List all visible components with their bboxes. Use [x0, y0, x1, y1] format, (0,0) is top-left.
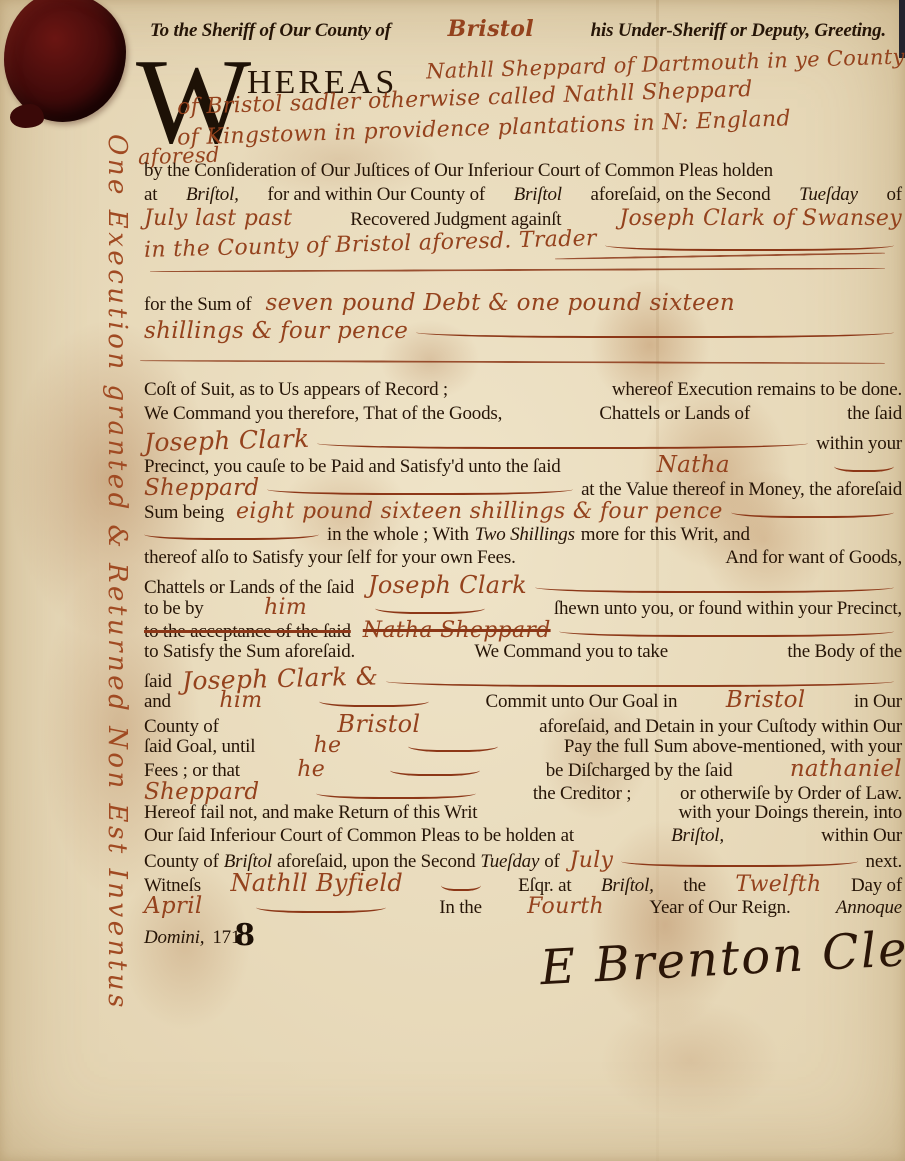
ink-dash: [390, 762, 480, 776]
print-italic-bristol: Briſtol,: [186, 184, 239, 206]
ink-line: [731, 504, 894, 518]
ink-dash: [316, 785, 476, 799]
return-court-line: Our ſaid Inferiour Court of Common Pleas…: [144, 825, 902, 847]
print-italic-two-shillings: Two Shillings: [475, 524, 575, 546]
wax-seal: [4, 0, 126, 122]
shewn-line: to be by him ſhewn unto you, or found wi…: [144, 595, 902, 620]
ink-line: [386, 673, 894, 687]
handwritten-he: he: [314, 733, 342, 758]
in-the-whole-line: in the whole ; With Two Shillings more f…: [144, 524, 902, 546]
print-segment: for the Sum of: [144, 294, 252, 316]
print-segment: We Command you therefore, That of the Go…: [144, 403, 502, 425]
handwritten-total-sum: eight pound sixteen shillings & four pen…: [236, 499, 723, 524]
print-segment: Sum being: [144, 502, 224, 524]
ink-line: [267, 481, 573, 495]
sum-line1: for the Sum of seven pound Debt & one po…: [144, 290, 902, 316]
defendant-goods-line: Joseph Clark within your: [144, 426, 902, 455]
ink-dash: [408, 738, 498, 752]
writ-document-page: One Execution granted & Returned Non Est…: [0, 0, 905, 1161]
print-segment: at: [144, 184, 157, 206]
handwritten-defendant: Joseph Clark of Swansey: [619, 206, 902, 231]
print-segment: at the Value thereof in Money, the afore…: [581, 479, 902, 501]
handwritten-plaintiff-line1: Nathll Sheppard of Dartmouth in ye Count…: [426, 44, 905, 83]
value-line: Sheppard at the Value thereof in Money, …: [144, 475, 902, 501]
handwritten-sum2: shillings & four pence: [144, 318, 408, 344]
ink-dash: [834, 458, 894, 472]
ink-line: [559, 623, 894, 637]
print-segment: within Our: [821, 825, 902, 847]
print-segment: the Body of the: [787, 641, 902, 663]
print-segment: Pay the full Sum above-mentioned, with y…: [564, 736, 902, 758]
handwritten-defendant-county: in the County of Bristol aforesd. Trader: [144, 226, 597, 263]
command-line: We Command you therefore, That of the Go…: [144, 403, 902, 425]
print-segment: to Satisfy the Sum aforeſaid.: [144, 641, 355, 663]
ink-rule: [140, 360, 885, 365]
sum-being-line: Sum being eight pound sixteen shillings …: [144, 499, 902, 524]
goal-until-line: ſaid Goal, until he Pay the full Sum abo…: [144, 733, 902, 758]
print-segment: thereof alſo to Satisfy your ſelf for yo…: [144, 547, 516, 569]
struck-acceptance-line: to the acceptance of the ſaid Natha Shep…: [144, 618, 902, 643]
print-segment-struck: to the acceptance of the ſaid: [144, 621, 351, 643]
print-italic-bristol: Briſtol: [514, 184, 562, 206]
margin-annotation: One Execution granted & Returned Non Est…: [102, 134, 132, 1011]
take-body-line: to Satisfy the Sum aforeſaid. We Command…: [144, 641, 902, 663]
print-segment: Coſt of Suit, as to Us appears of Record…: [144, 379, 448, 401]
print-segment: Chattels or Lands of: [599, 403, 750, 425]
consideration-line1: by the Conſideration of Our Juſtices of …: [144, 160, 902, 182]
own-fees-line: thereof alſo to Satisfy your ſelf for yo…: [144, 547, 902, 569]
sum-line2: shillings & four pence: [144, 318, 902, 344]
ink-dash: [441, 877, 481, 891]
handwritten-sum1: seven pound Debt & one pound sixteen: [266, 290, 736, 316]
print-segment: And for want of Goods,: [725, 547, 902, 569]
handwritten-struck-name: Natha Sheppard: [363, 618, 551, 643]
handwritten-term: July last past: [144, 206, 292, 231]
ink-line: [621, 853, 857, 867]
handwritten-creditor-surname: Sheppard: [144, 475, 259, 501]
print-segment: the ſaid: [847, 403, 902, 425]
handwritten-him: him: [264, 595, 307, 620]
ink-line: [416, 324, 894, 338]
print-segment: more for this Writ, and: [581, 524, 750, 546]
cost-of-suit-line: Coſt of Suit, as to Us appears of Record…: [144, 379, 902, 401]
print-segment: in the whole ; With: [327, 524, 469, 546]
hereof-line: Hereof fail not, and make Return of this…: [144, 802, 902, 824]
print-segment: with your Doings therein, into: [678, 802, 902, 824]
print-segment: by the Conſideration of Our Juſtices of …: [144, 160, 773, 182]
ink-dash: [375, 600, 485, 614]
ink-line: [144, 526, 319, 540]
print-italic-tuesday: Tueſday: [799, 184, 858, 206]
consideration-line2: at Briſtol, for and within Our County of…: [144, 184, 902, 206]
print-segment: Hereof fail not, and make Return of this…: [144, 802, 477, 824]
print-italic-bristol: Briſtol,: [671, 825, 724, 847]
ink-line: [605, 237, 894, 251]
print-segment: Our ſaid Inferiour Court of Common Pleas…: [144, 825, 574, 847]
ink-rule: [150, 267, 885, 272]
ink-line: [317, 435, 808, 449]
print-segment: for and within Our County of: [267, 184, 485, 206]
print-segment: of: [886, 184, 901, 206]
print-segment: aforeſaid, on the Second: [591, 184, 771, 206]
ink-dash: [256, 899, 386, 913]
ink-line: [535, 579, 894, 593]
print-segment: We Command you to take: [474, 641, 668, 663]
salutation-line: To the Sheriff of Our County of Bristol …: [150, 16, 886, 42]
ink-dash: [319, 693, 429, 707]
whereas-block: W HEREAS Nathll Sheppard of Dartmouth in…: [144, 56, 902, 162]
handwritten-year-digit: 8: [234, 918, 255, 953]
print-segment: to be by: [144, 598, 204, 620]
print-segment: whereof Execution remains to be done.: [612, 379, 902, 401]
print-italic-domini: Domini,: [144, 927, 204, 949]
print-segment: ſhewn unto you, or found within your Pre…: [554, 598, 902, 620]
print-segment: ſaid Goal, until: [144, 736, 255, 758]
handwritten-county: Bristol: [448, 16, 534, 42]
print-segment: his Under-Sheriff or Deputy, Greeting.: [591, 20, 886, 42]
